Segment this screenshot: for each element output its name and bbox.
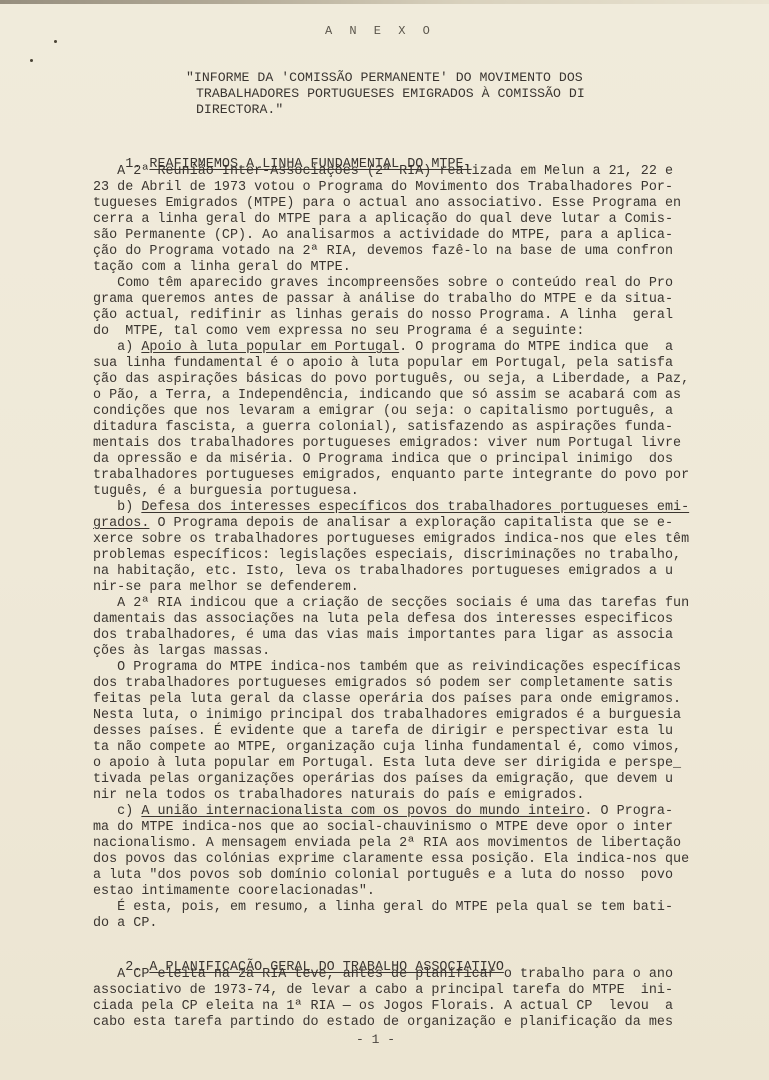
text-line: tuguês, é a burguesia portuguesa. — [93, 484, 359, 500]
text-line: do a CP. — [93, 916, 157, 932]
item-c-text: . O Progra- — [584, 804, 673, 819]
text-line: mentais dos trabalhadores portugueses em… — [93, 436, 681, 452]
item-c-prefix: c) — [93, 804, 141, 819]
text-line: na habitação, etc. Isto, leva os trabalh… — [93, 564, 673, 580]
item-b-first-line: b) Defesa dos interesses específicos dos… — [93, 500, 689, 516]
text-line: condições que nos levaram a emigrar (ou … — [93, 404, 673, 420]
item-b-title-cont: grados. — [93, 516, 149, 531]
text-line: grama queremos antes de passar à análise… — [93, 292, 673, 308]
text-line: o apoio à luta popular em Portugal. Esta… — [93, 756, 681, 772]
text-line: são Permanente (CP). Ao analisarmos a ac… — [93, 228, 673, 244]
text-line: dos trabalhadores portugueses emigrados … — [93, 676, 673, 692]
text-line: desses países. É evidente que a tarefa d… — [93, 724, 673, 740]
text-line: ção do Programa votado na 2ª RIA, devemo… — [93, 244, 673, 260]
text-line: o Pão, a Terra, a Independência, indican… — [93, 388, 681, 404]
text-line: do MTPE, tal como vem expressa no seu Pr… — [93, 324, 584, 340]
paper-speck — [54, 40, 57, 43]
text-line: estao intimamente coorelacionadas". — [93, 884, 375, 900]
text-line: ditadura fascista, a guerra colonial), s… — [93, 420, 673, 436]
heading-line: "INFORME DA 'COMISSÃO PERMANENTE' DO MOV… — [186, 70, 583, 86]
text-line: a luta "dos povos sob domínio colonial p… — [93, 868, 673, 884]
text-line: tação com a linha geral do MTPE. — [93, 260, 351, 276]
paper-speck — [30, 59, 33, 62]
item-a-text: . O programa do MTPE indica que a — [399, 340, 673, 355]
text-line: damentais das associações na luta pela d… — [93, 612, 673, 628]
text-line: ções às largas massas. — [93, 644, 270, 660]
text-line: cabo esta tarefa partindo do estado de o… — [93, 1015, 673, 1031]
text-line: ma do MTPE indica-nos que ao social-chau… — [93, 820, 673, 836]
page-top-edge — [0, 0, 769, 4]
item-a-prefix: a) — [93, 340, 141, 355]
text-line: nir nela todos os trabalhadores naturais… — [93, 788, 584, 804]
text-line: ção das aspirações básicas do povo portu… — [93, 372, 689, 388]
text-line: cerra a linha geral do MTPE para a aplic… — [93, 212, 673, 228]
text-line: dos povos das colónias exprime clarament… — [93, 852, 689, 868]
text-line: A 2ª Reunião Inter-Associações (2ª RIA) … — [93, 164, 673, 180]
text-line: nir-se para melhor se defenderem. — [93, 580, 359, 596]
text-line: xerce sobre os trabalhadores portugueses… — [93, 532, 689, 548]
text-line: feitas pela luta geral da classe operári… — [93, 692, 681, 708]
text-line: dos trabalhadores, é uma das vias mais i… — [93, 628, 673, 644]
text-line: problemas específicos: legislações espec… — [93, 548, 681, 564]
text-line: sua linha fundamental é o apoio à luta p… — [93, 356, 673, 372]
text-line: ta não compete ao MTPE, organização cuja… — [93, 740, 681, 756]
page-number: - 1 - — [356, 1032, 395, 1047]
item-b-prefix: b) — [93, 500, 141, 515]
document-page: A N E X O "INFORME DA 'COMISSÃO PERMANEN… — [0, 0, 769, 1080]
text-line: É esta, pois, em resumo, a linha geral d… — [93, 900, 673, 916]
text-line: Nesta luta, o inimigo principal dos trab… — [93, 708, 681, 724]
text-line: 23 de Abril de 1973 votou o Programa do … — [93, 180, 673, 196]
item-c-title: A união internacionalista com os povos d… — [141, 804, 584, 819]
text-line: tivada pelas organizações operárias dos … — [93, 772, 673, 788]
item-b-second-line: grados. O Programa depois de analisar a … — [93, 516, 673, 532]
heading-line: DIRECTORA." — [196, 102, 283, 118]
text-line: Como têm aparecido graves incompreensões… — [93, 276, 673, 292]
heading-line: TRABALHADORES PORTUGUESES EMIGRADOS À CO… — [196, 86, 585, 102]
item-b-text: O Programa depois de analisar a exploraç… — [149, 516, 673, 531]
text-line: trabalhadores portugueses emigrados, enq… — [93, 468, 689, 484]
text-line: tugueses Emigrados (MTPE) para o actual … — [93, 196, 681, 212]
text-line: nacionalismo. A mensagem enviada pela 2ª… — [93, 836, 681, 852]
item-a-first-line: a) Apoio à luta popular em Portugal. O p… — [93, 340, 673, 356]
item-b-title: Defesa dos interesses específicos dos tr… — [141, 500, 689, 515]
text-line: da opressão e da miséria. O Programa ind… — [93, 452, 673, 468]
item-c-first-line: c) A união internacionalista com os povo… — [93, 804, 673, 820]
text-line: ciada pela CP eleita na 1ª RIA — os Jogo… — [93, 999, 673, 1015]
text-line: A CP eleita na 2a RIA teve, antes de pla… — [93, 967, 673, 983]
text-line: A 2ª RIA indicou que a criação de secçõe… — [93, 596, 689, 612]
document-title: A N E X O — [325, 24, 435, 38]
text-line: ção actual, redifinir as linhas gerais d… — [93, 308, 673, 324]
text-line: O Programa do MTPE indica-nos também que… — [93, 660, 681, 676]
item-a-title: Apoio à luta popular em Portugal — [141, 340, 399, 355]
text-line: associativo de 1973-74, de levar a cabo … — [93, 983, 673, 999]
